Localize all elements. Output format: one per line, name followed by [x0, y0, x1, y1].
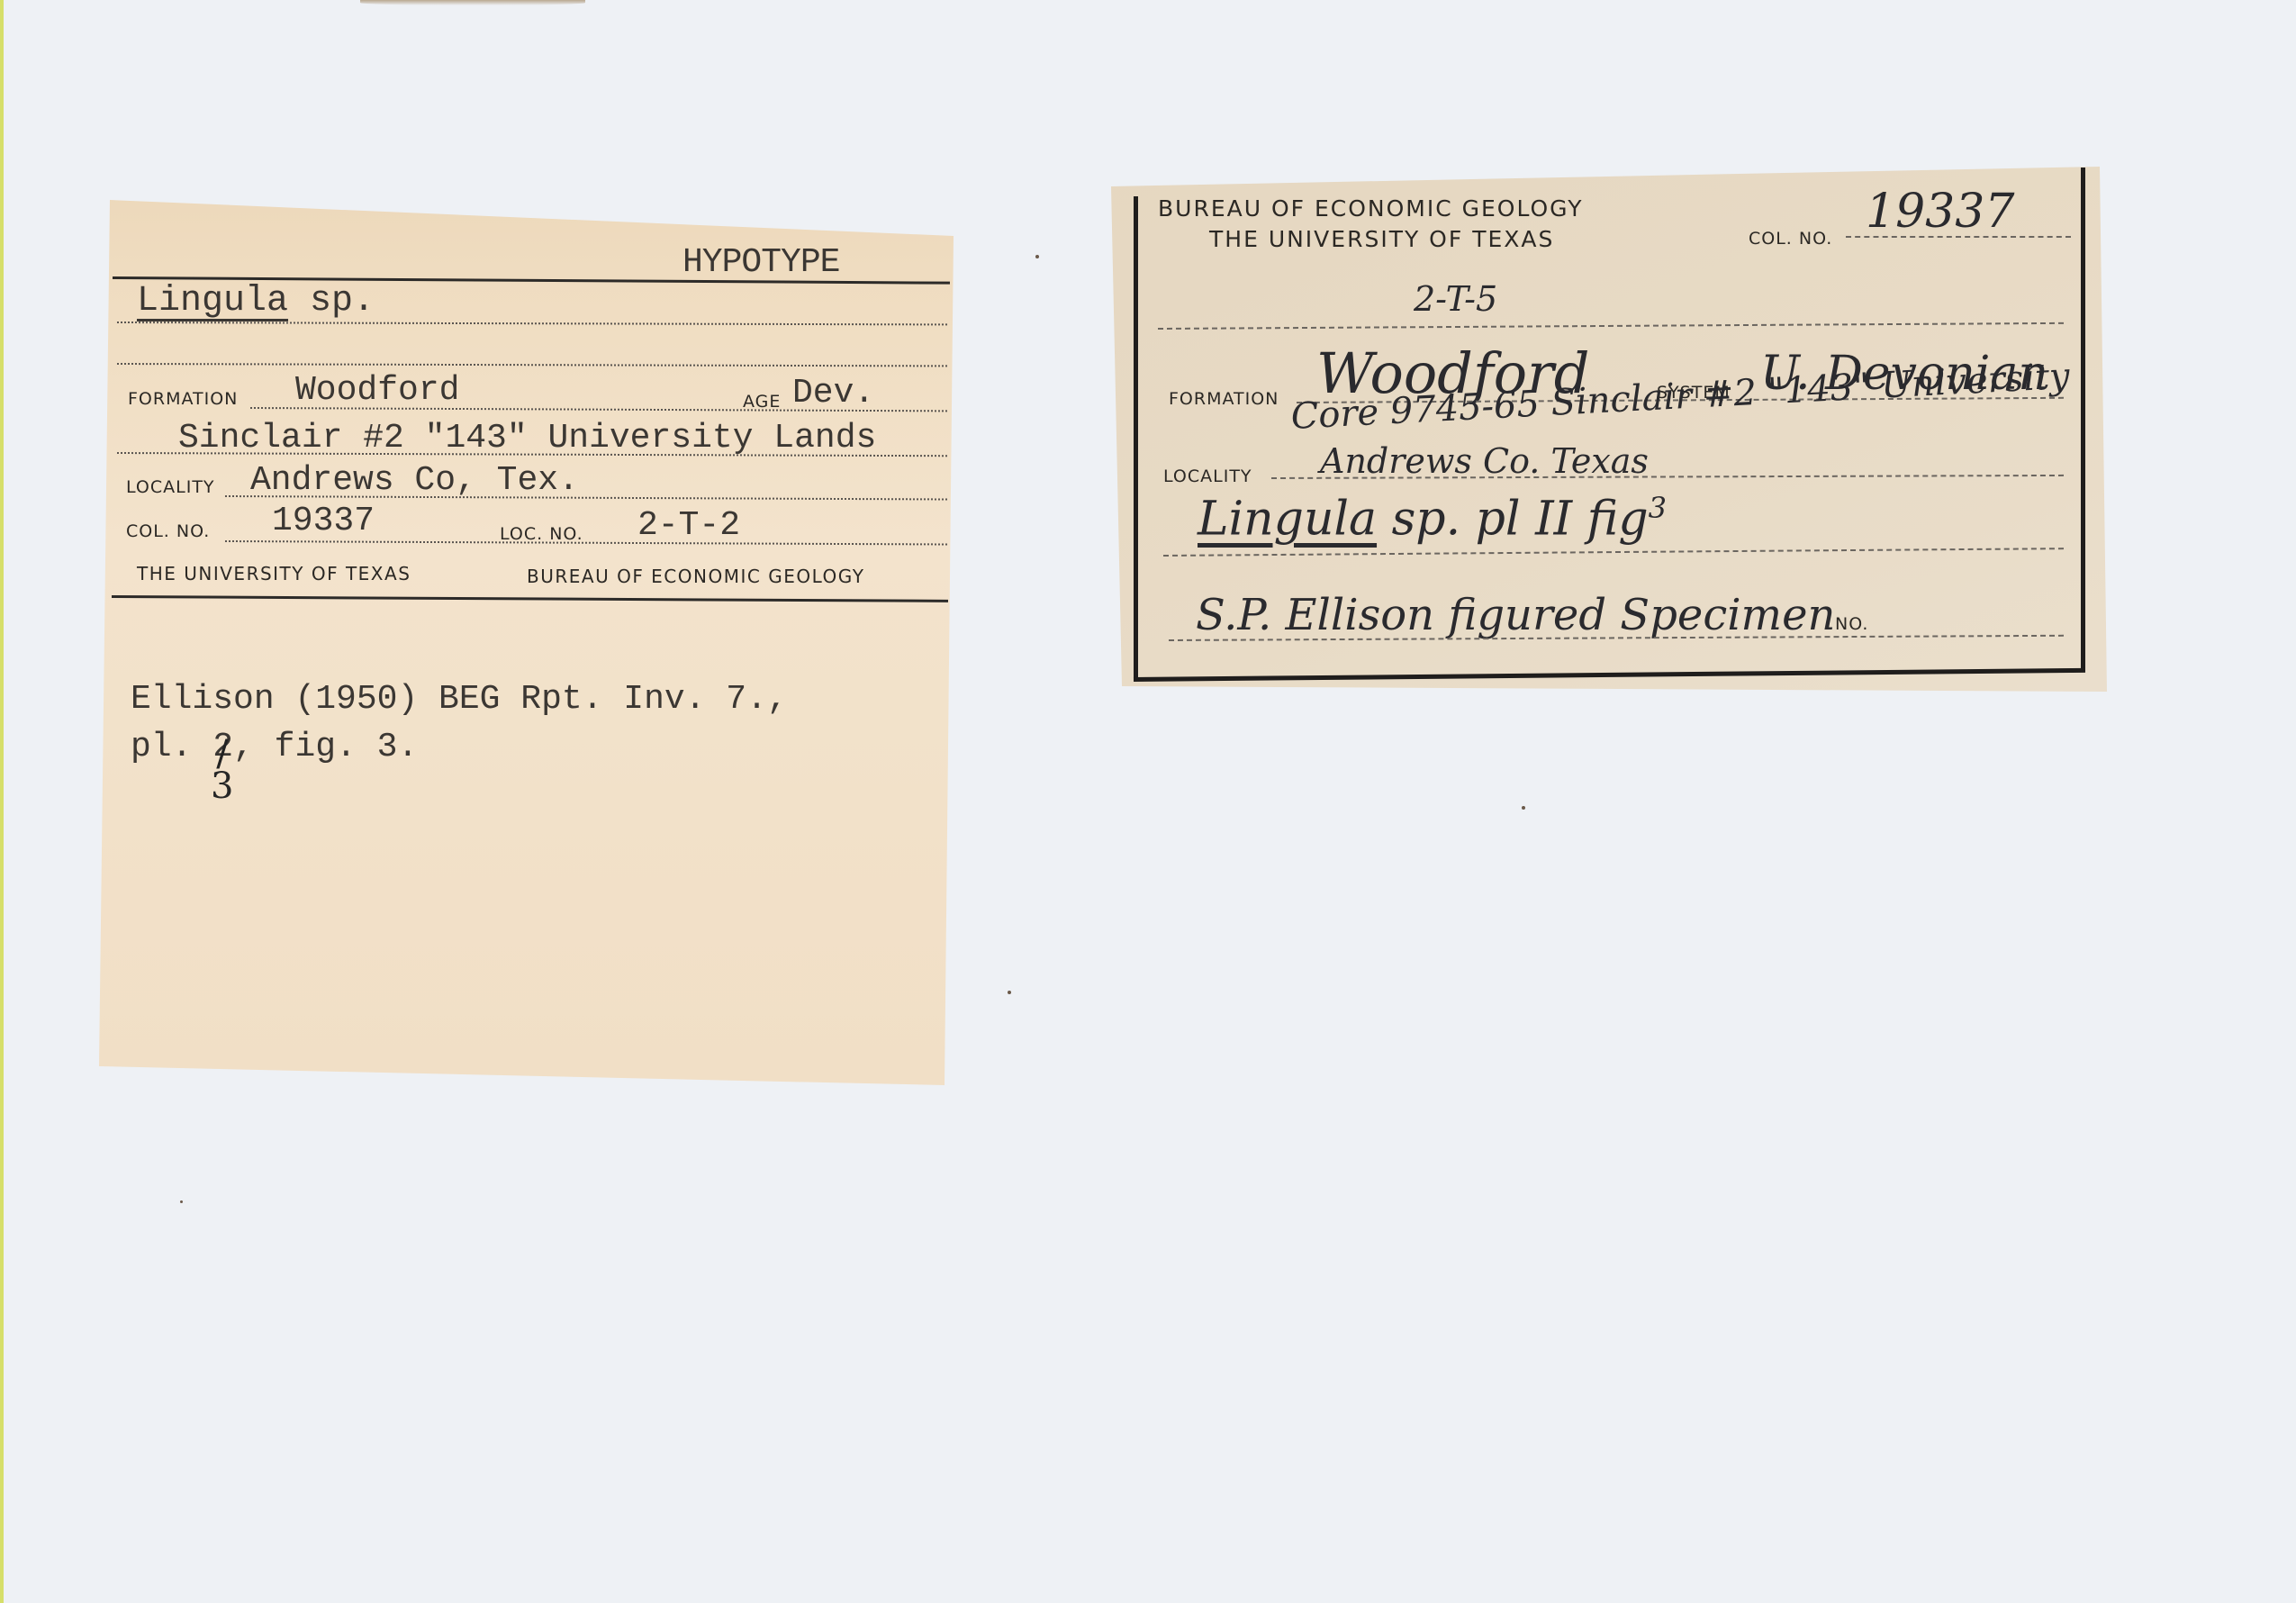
card-paper [0, 0, 2296, 1603]
taxon-name: Lingula sp. [137, 281, 375, 322]
col-no-label: COL. NO. [1749, 229, 1832, 249]
locality-dotted-rule [225, 495, 947, 500]
taxon-genus: Lingula [1198, 492, 1377, 546]
age-label: AGE [743, 392, 781, 412]
formation-label: FORMATION [1169, 389, 1279, 409]
loc-code: 2-T-5 [1414, 279, 1497, 319]
loc-no-value: 2-T-2 [637, 506, 740, 545]
taxon-genus: Lingula [137, 281, 288, 322]
dust-speck [1035, 255, 1039, 258]
hypotype-heading: HYPOTYPE [682, 243, 839, 282]
taxon-species: sp. [288, 281, 375, 322]
strike-mark: / [216, 733, 228, 774]
right-border-line [2081, 168, 2085, 672]
locality-value: Andrews Co. Texas [1320, 441, 1649, 481]
footer-rule [112, 595, 948, 602]
well-description: Sinclair #2 "143" University Lands [178, 419, 876, 457]
struck-plate-digit: 2 [212, 728, 233, 766]
col-no-dashed-rule [1846, 236, 2071, 238]
header-bureau: BUREAU OF ECONOMIC GEOLOGY [1158, 195, 1584, 222]
reference-figure-suffix: , fig. 3. [233, 728, 418, 766]
locality-value: Andrews Co, Tex. [250, 461, 579, 500]
dotted-rule [117, 363, 947, 367]
col-no-value: 19337 [1866, 185, 2014, 239]
struck-plate-number: 2/ [212, 728, 233, 766]
footer-bureau: BUREAU OF ECONOMIC GEOLOGY [527, 566, 864, 587]
header-rule [113, 276, 950, 285]
col-no-value: 19337 [272, 502, 375, 540]
figured-specimen-note: S.P. Ellison figured Specimen [1196, 590, 1835, 640]
header-university: THE UNIVERSITY OF TEXAS [1209, 226, 1554, 252]
top-edge-shadow [360, 0, 585, 5]
no-label: NO. [1835, 614, 1868, 634]
reference-line-2: pl. 2/, fig. 3. [131, 728, 418, 766]
dust-speck [1522, 806, 1525, 810]
age-value: Dev. [792, 374, 874, 412]
footer-university: THE UNIVERSITY OF TEXAS [137, 563, 411, 584]
dotted-rule [117, 322, 947, 325]
dotted-rule [117, 452, 947, 457]
figure-number: 3 [1649, 491, 1667, 525]
scanner-edge-strip [0, 0, 4, 1603]
reference-line-1: Ellison (1950) BEG Rpt. Inv. 7., [131, 680, 788, 719]
col-no-dotted-rule [225, 540, 947, 545]
formation-dotted-rule [250, 407, 947, 412]
formation-value: Woodford [295, 371, 459, 410]
loc-no-label: LOC. NO. [500, 524, 583, 544]
plate-figure-ref: sp. pl II fig [1377, 492, 1649, 546]
left-border-line [1134, 196, 1138, 681]
reference-plate-prefix: pl. [131, 728, 212, 766]
col-no-label: COL. NO. [126, 521, 210, 541]
dust-speck [1008, 991, 1011, 994]
taxon-line: Lingula sp. pl II fig3 [1198, 491, 1667, 546]
locality-label: LOCALITY [126, 477, 215, 497]
formation-label: FORMATION [128, 389, 238, 409]
dust-speck [180, 1200, 183, 1203]
locality-label: LOCALITY [1163, 466, 1252, 486]
handwritten-plate-correction: 3 [211, 765, 233, 807]
